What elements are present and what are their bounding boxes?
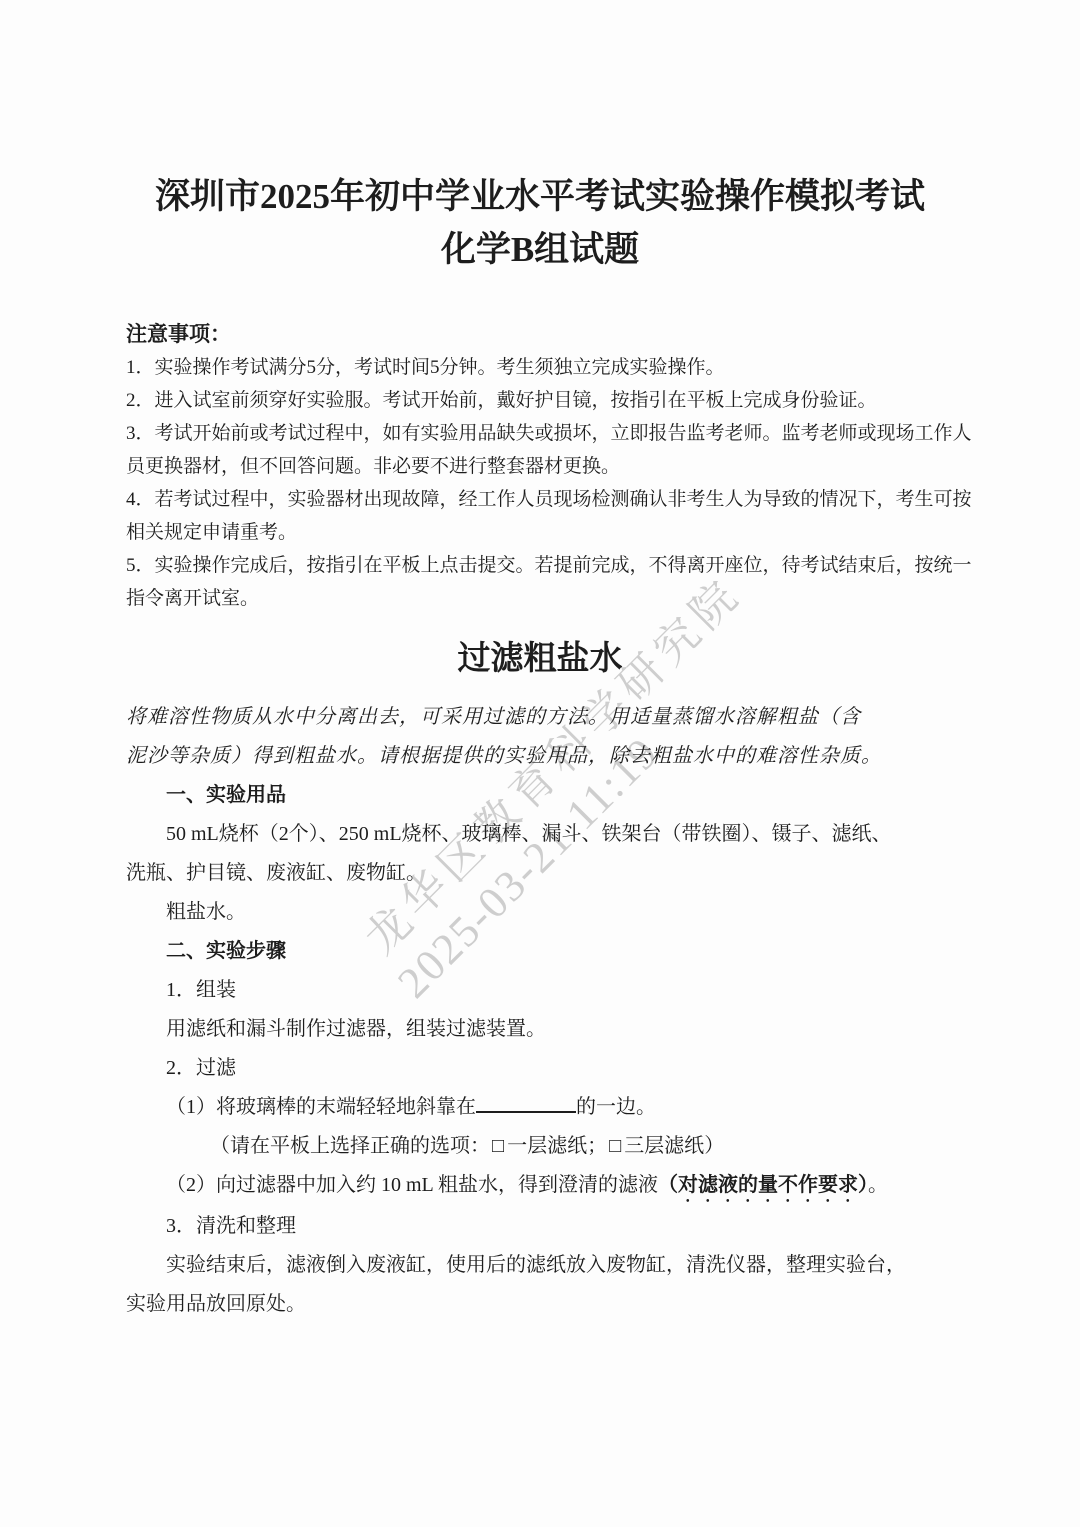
section-2-heading: 二、实验步骤 [126,932,954,971]
fill-in-blank [476,1111,576,1113]
question-1-text-pre: （1）将玻璃棒的末端轻轻地斜靠在 [166,1096,476,1118]
notice-item-4-line-2: 相关规定申请重考。 [126,516,954,549]
options-separator: ； [587,1135,607,1157]
step-2-label: 2．过滤 [126,1049,954,1088]
supplies-line-2: 洗瓶、护目镜、废液缸、废物缸。 [126,854,954,893]
notice-item-3-line-1: 3．考试开始前或考试过程中，如有实验用品缺失或损坏，立即报告监考老师。监考老师或… [126,417,954,450]
section-1-heading: 一、实验用品 [126,776,954,815]
notice-item-5-line-1: 5．实验操作完成后，按指引在平板上点击提交。若提前完成，不得离开座位，待考试结束… [126,549,954,582]
experiment-intro-line-1: 将难溶性物质从水中分离出去，可采用过滤的方法。用适量蒸馏水溶解粗盐（含 [126,698,954,737]
step-2-question-1: （1）将玻璃棒的末端轻轻地斜靠在的一边。 [126,1088,954,1127]
step-3-text-line-1: 实验结束后，滤液倒入废液缸，使用后的滤纸放入废物缸，清洗仪器，整理实验台， [126,1246,954,1285]
document-title: 深圳市2025年初中学业水平考试实验操作模拟考试 化学B组试题 [126,170,954,276]
question-2-paren-close: ） [858,1174,868,1196]
question-2-end-punct: 。 [868,1174,888,1196]
question-1-text-post: 的一边。 [576,1096,656,1118]
question-2-emphasized-note: 对滤液的量不作要求 [678,1174,858,1196]
checkbox-icon-one-layer: □ [492,1135,504,1157]
step-3-label: 3．清洗和整理 [126,1207,954,1246]
question-2-text: （2）向过滤器中加入约 10 mL 粗盐水，得到澄清的滤液 [166,1174,658,1196]
step-1-label: 1．组装 [126,971,954,1010]
checkbox-icon-three-layer: □ [609,1135,621,1157]
step-3-text-line-2: 实验用品放回原处。 [126,1285,954,1324]
title-line-1: 深圳市2025年初中学业水平考试实验操作模拟考试 [126,170,954,223]
question-2-paren-open: （ [658,1174,678,1196]
notice-heading: 注意事项： [126,318,954,351]
option-one-layer-label: 一层滤纸 [507,1135,587,1157]
step-2-question-2: （2）向过滤器中加入约 10 mL 粗盐水，得到澄清的滤液（对滤液的量不作要求）… [126,1166,954,1207]
experiment-intro-line-2: 泥沙等杂质）得到粗盐水。请根据提供的实验用品，除去粗盐水中的难溶性杂质。 [126,737,954,776]
title-line-2: 化学B组试题 [126,223,954,276]
options-prefix: （请在平板上选择正确的选项： [210,1135,490,1157]
option-three-layer-label: 三层滤纸 [624,1135,704,1157]
experiment-title: 过滤粗盐水 [126,637,954,681]
notice-item-4-line-1: 4．若考试过程中，实验器材出现故障，经工作人员现场检测确认非考生人为导致的情况下… [126,483,954,516]
notice-item-1: 1．实验操作考试满分5分，考试时间5分钟。考生须独立完成实验操作。 [126,351,954,384]
step-2-options: （请在平板上选择正确的选项：□一层滤纸；□三层滤纸） [126,1127,954,1166]
sample-line: 粗盐水。 [126,893,954,932]
notice-item-5-line-2: 指令离开试室。 [126,582,954,615]
notice-item-3-line-2: 员更换器材，但不回答问题。非必要不进行整套器材更换。 [126,450,954,483]
step-1-text: 用滤纸和漏斗制作过滤器，组装过滤装置。 [126,1010,954,1049]
supplies-line-1: 50 mL烧杯（2个）、250 mL烧杯、玻璃棒、漏斗、铁架台（带铁圈）、镊子、… [126,815,954,854]
exam-paper-page: 龙华区教育科学研究院 2025-03-21 11:19 深圳市2025年初中学业… [0,0,1080,1527]
options-suffix: ） [704,1135,724,1157]
notice-item-2: 2．进入试室前须穿好实验服。考试开始前，戴好护目镜，按指引在平板上完成身份验证。 [126,384,954,417]
document-content: 深圳市2025年初中学业水平考试实验操作模拟考试 化学B组试题 注意事项： 1．… [0,0,1080,1324]
